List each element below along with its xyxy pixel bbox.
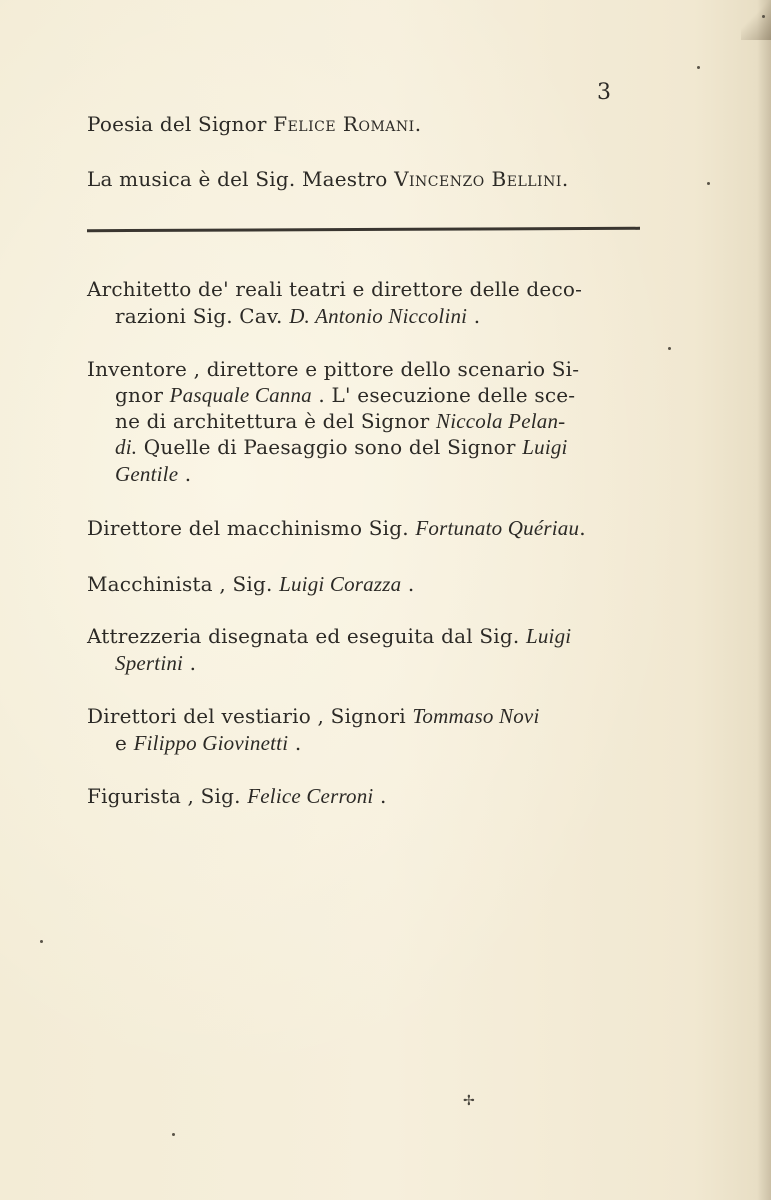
credit-entry-line: ne di architettura è del Signor Niccola …	[115, 409, 565, 434]
person-name: Gentile	[115, 462, 178, 486]
paper-speck	[707, 182, 710, 185]
credit-text: Direttori del vestiario , Signori	[87, 704, 412, 728]
credit-text: Architetto de' reali teatri e direttore …	[87, 277, 582, 301]
poet-name: Felice Romani	[273, 112, 414, 136]
credit-entry-line: Spertini .	[115, 651, 196, 676]
paper-speck	[697, 66, 700, 69]
credit-entry-line: razioni Sig. Cav. D. Antonio Niccolini .	[115, 304, 480, 329]
credit-entry-line: Direttori del vestiario , Signori Tommas…	[87, 704, 540, 729]
person-name: Pasquale Canna	[170, 383, 312, 407]
bottom-ornament-mark: ✢	[463, 1093, 475, 1109]
poetry-prefix: Poesia del Signor	[87, 112, 273, 136]
paper-speck	[668, 347, 671, 350]
composer-name: Vincenzo Bellini	[394, 167, 562, 191]
credit-text: Figurista , Sig.	[87, 784, 247, 808]
credit-entry-line: Macchinista , Sig. Luigi Corazza .	[87, 572, 414, 597]
credit-entry-line: di. Quelle di Paesaggio sono del Signor …	[115, 435, 568, 460]
credit-text: Quelle di Paesaggio sono del Signor	[137, 435, 522, 459]
credit-entry-line: Figurista , Sig. Felice Cerroni .	[87, 784, 387, 809]
credit-entry-line: gnor Pasquale Canna . L' esecuzione dell…	[115, 383, 575, 408]
credit-text: .	[401, 572, 414, 596]
paper-speck	[40, 940, 43, 943]
person-name: di.	[115, 435, 137, 459]
person-name: Niccola Pelan-	[436, 409, 565, 433]
poetry-suffix: .	[415, 112, 422, 136]
credit-text: Macchinista , Sig.	[87, 572, 279, 596]
credit-text: Attrezzeria disegnata ed eseguita dal Si…	[87, 624, 526, 648]
person-name: Luigi	[522, 435, 567, 459]
person-name: Luigi Corazza	[279, 572, 401, 596]
music-prefix: La musica è del Sig. Maestro	[87, 167, 394, 191]
credit-text: gnor	[115, 383, 170, 407]
person-name: Luigi	[526, 624, 571, 648]
credit-text: .	[373, 784, 386, 808]
paper-speck	[172, 1133, 175, 1136]
music-suffix: .	[562, 167, 569, 191]
credit-text: .	[467, 304, 480, 328]
credit-entry-line: Direttore del macchinismo Sig. Fortunato…	[87, 516, 586, 541]
credit-text: ne di architettura è del Signor	[115, 409, 436, 433]
credit-text: . L' esecuzione delle sce-	[312, 383, 575, 407]
credit-entry-line: Attrezzeria disegnata ed eseguita dal Si…	[87, 624, 571, 649]
credit-text: Direttore del macchinismo Sig.	[87, 516, 415, 540]
music-credit: La musica è del Sig. Maestro Vincenzo Be…	[87, 167, 568, 191]
page-corner-shadow	[741, 0, 771, 40]
credit-text: razioni Sig. Cav.	[115, 304, 289, 328]
person-name: Tommaso Novi	[412, 704, 539, 728]
credit-entry-line: Inventore , direttore e pittore dello sc…	[87, 357, 579, 381]
person-name: Fortunato Quériau	[415, 516, 579, 540]
credit-text: Inventore , direttore e pittore dello sc…	[87, 357, 579, 381]
person-name: Spertini	[115, 651, 183, 675]
credit-text: .	[288, 731, 301, 755]
person-name: Felice Cerroni	[247, 784, 373, 808]
credit-entry-line: Gentile .	[115, 462, 191, 487]
credit-text: .	[579, 516, 586, 540]
person-name: Filippo Giovinetti	[134, 731, 289, 755]
page-edge-shadow	[757, 0, 771, 1200]
credit-entry-line: e Filippo Giovinetti .	[115, 731, 301, 756]
person-name: D. Antonio Niccolini	[289, 304, 467, 328]
credit-entry-line: Architetto de' reali teatri e direttore …	[87, 277, 582, 301]
credit-text: .	[178, 462, 191, 486]
credit-text: .	[183, 651, 196, 675]
page-number: 3	[597, 80, 611, 105]
credit-text: e	[115, 731, 134, 755]
poetry-credit: Poesia del Signor Felice Romani.	[87, 112, 421, 136]
paper-speck	[762, 15, 765, 18]
